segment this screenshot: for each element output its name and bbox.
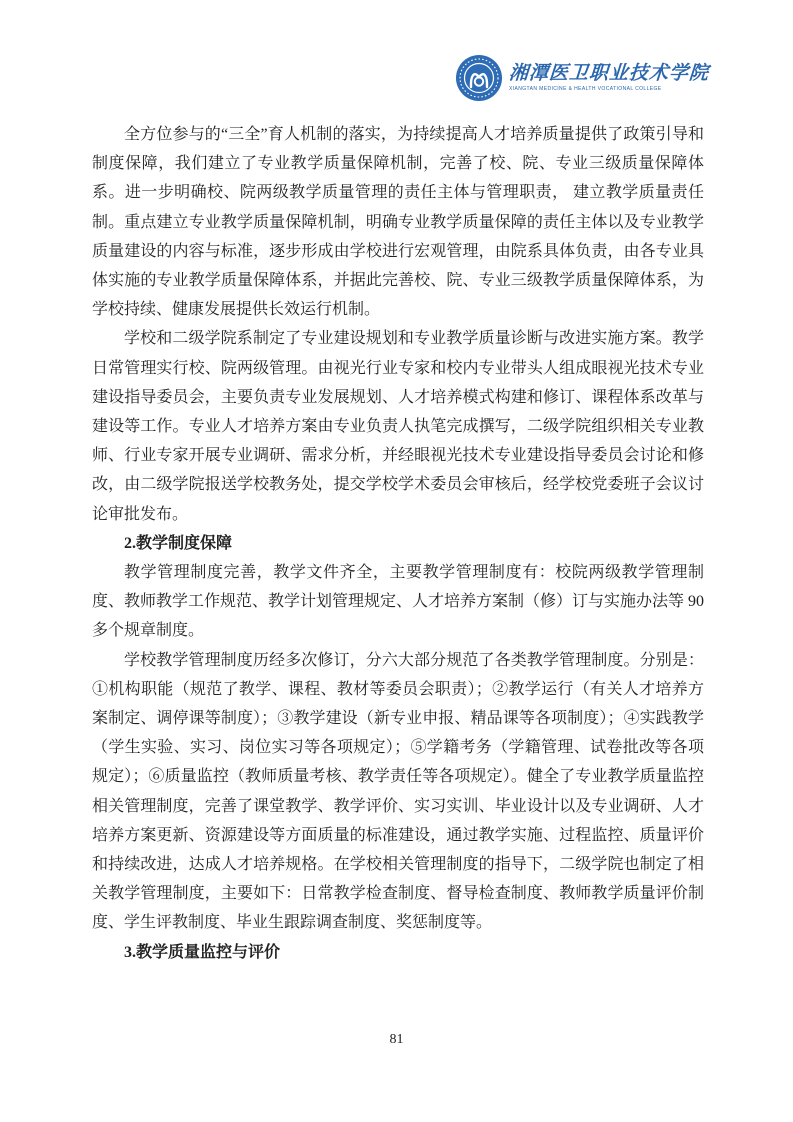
college-name-block: 湘潭医卫职业技术学院 XIANGTAN MEDICINE & HEALTH VO…	[509, 63, 709, 93]
section-heading-quality-monitoring: 3.教学质量监控与评价	[92, 938, 704, 967]
page-number: 81	[0, 1032, 793, 1048]
document-body: 全方位参与的“三全”育人机制的落实，为持续提高人才培养质量提供了政策引导和制度保…	[92, 120, 704, 967]
college-name-zh: 湘潭医卫职业技术学院	[508, 63, 710, 85]
paragraph-management-rules: 教学管理制度完善，教学文件齐全，主要教学管理制度有：校院两级教学管理制度、教师教…	[92, 558, 704, 646]
paragraph-plan-formulation: 学校和二级学院系制定了专业建设规划和专业教学质量诊断与改进实施方案。教学日常管理…	[92, 324, 704, 528]
college-name-en: XIANGTAN MEDICINE & HEALTH VOCATIONAL CO…	[509, 85, 662, 93]
college-logo: 湘潭医卫职业技术学院 XIANGTAN MEDICINE & HEALTH VO…	[455, 54, 709, 102]
section-heading-teaching-system: 2.教学制度保障	[92, 529, 704, 558]
document-page: 湘潭医卫职业技术学院 XIANGTAN MEDICINE & HEALTH VO…	[0, 0, 793, 1122]
college-emblem-icon	[455, 54, 503, 102]
paragraph-quality-mechanism: 全方位参与的“三全”育人机制的落实，为持续提高人才培养质量提供了政策引导和制度保…	[92, 120, 704, 324]
paragraph-six-parts: 学校教学管理制度历经多次修订，分六大部分规范了各类教学管理制度。分别是：①机构职…	[92, 646, 704, 938]
